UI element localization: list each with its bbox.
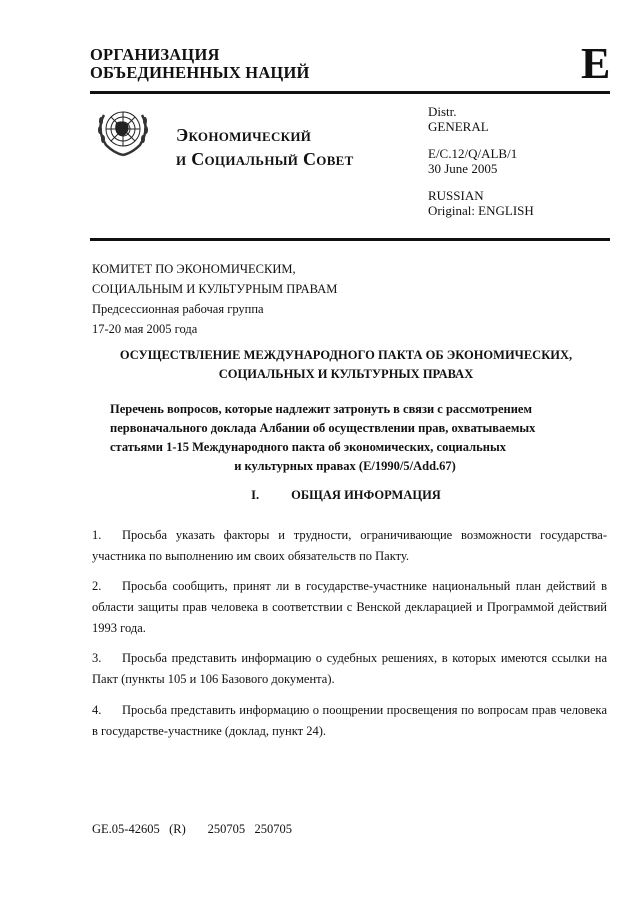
council-name-line1: Экономический [176,123,354,147]
document-date: 30 June 2005 [428,161,534,176]
subtitle-line4: и культурных правах (E/1990/5/Add.67) [110,457,580,476]
main-title-line1: ОСУЩЕСТВЛЕНИЕ МЕЖДУНАРОДНОГО ПАКТА ОБ ЭК… [92,346,600,365]
paragraph-number: 3. [92,648,122,669]
original-language: Original: ENGLISH [428,203,534,218]
subtitle: Перечень вопросов, которые надлежит затр… [110,400,580,476]
job-number-footer: GE.05-42605 (R) 250705 250705 [92,822,292,837]
council-name: Экономический и Социальный Совет [176,123,354,171]
paragraph-number: 1. [92,525,122,546]
distribution-value: GENERAL [428,119,534,134]
paragraph: 3.Просьба представить информацию о судеб… [92,648,607,690]
section-title: ОБЩАЯ ИНФОРМАЦИЯ [291,488,441,502]
paragraph-text: Просьба представить информацию о поощрен… [92,703,607,738]
council-name-line2: и Социальный Совет [176,147,354,171]
paragraph: 1.Просьба указать факторы и трудности, о… [92,525,607,567]
paragraph: 4.Просьба представить информацию о поощр… [92,700,607,742]
language-letter: E [581,42,610,86]
subtitle-line2: первоначального доклада Албании об осуще… [110,419,580,438]
section-heading: I.ОБЩАЯ ИНФОРМАЦИЯ [92,488,600,503]
paragraph-text: Просьба представить информацию о судебны… [92,651,607,686]
committee-block: КОМИТЕТ ПО ЭКОНОМИЧЕСКИМ, СОЦИАЛЬНЫМ И К… [92,259,337,339]
committee-line2: СОЦИАЛЬНЫМ И КУЛЬТУРНЫМ ПРАВАМ [92,279,337,299]
subtitle-line1: Перечень вопросов, которые надлежит затр… [110,400,580,419]
header-divider-bottom [90,238,610,241]
main-title-line2: СОЦИАЛЬНЫХ И КУЛЬТУРНЫХ ПРАВАХ [92,365,600,384]
paragraph-text: Просьба указать факторы и трудности, огр… [92,528,607,563]
paragraph-number: 4. [92,700,122,721]
organization-name-line1: ОРГАНИЗАЦИЯ [90,46,310,64]
subtitle-line3: статьями 1-15 Международного пакта об эк… [110,438,580,457]
working-group: Предсессионная рабочая группа [92,299,337,319]
organization-name: ОРГАНИЗАЦИЯ ОБЪЕДИНЕННЫХ НАЦИЙ [90,46,310,82]
section-number: I. [251,488,291,503]
header-divider-top [90,91,610,94]
distribution-label: Distr. [428,104,534,119]
committee-line1: КОМИТЕТ ПО ЭКОНОМИЧЕСКИМ, [92,259,337,279]
document-metadata: Distr. GENERAL E/C.12/Q/ALB/1 30 June 20… [428,104,534,218]
paragraph-text: Просьба сообщить, принят ли в государств… [92,579,607,635]
organization-name-line2: ОБЪЕДИНЕННЫХ НАЦИЙ [90,64,310,82]
main-title: ОСУЩЕСТВЛЕНИЕ МЕЖДУНАРОДНОГО ПАКТА ОБ ЭК… [92,346,600,384]
document-language: RUSSIAN [428,188,534,203]
paragraph: 2.Просьба сообщить, принят ли в государс… [92,576,607,639]
paragraph-number: 2. [92,576,122,597]
session-dates: 17-20 мая 2005 года [92,319,337,339]
un-emblem-icon [92,105,154,159]
document-symbol: E/C.12/Q/ALB/1 [428,146,534,161]
